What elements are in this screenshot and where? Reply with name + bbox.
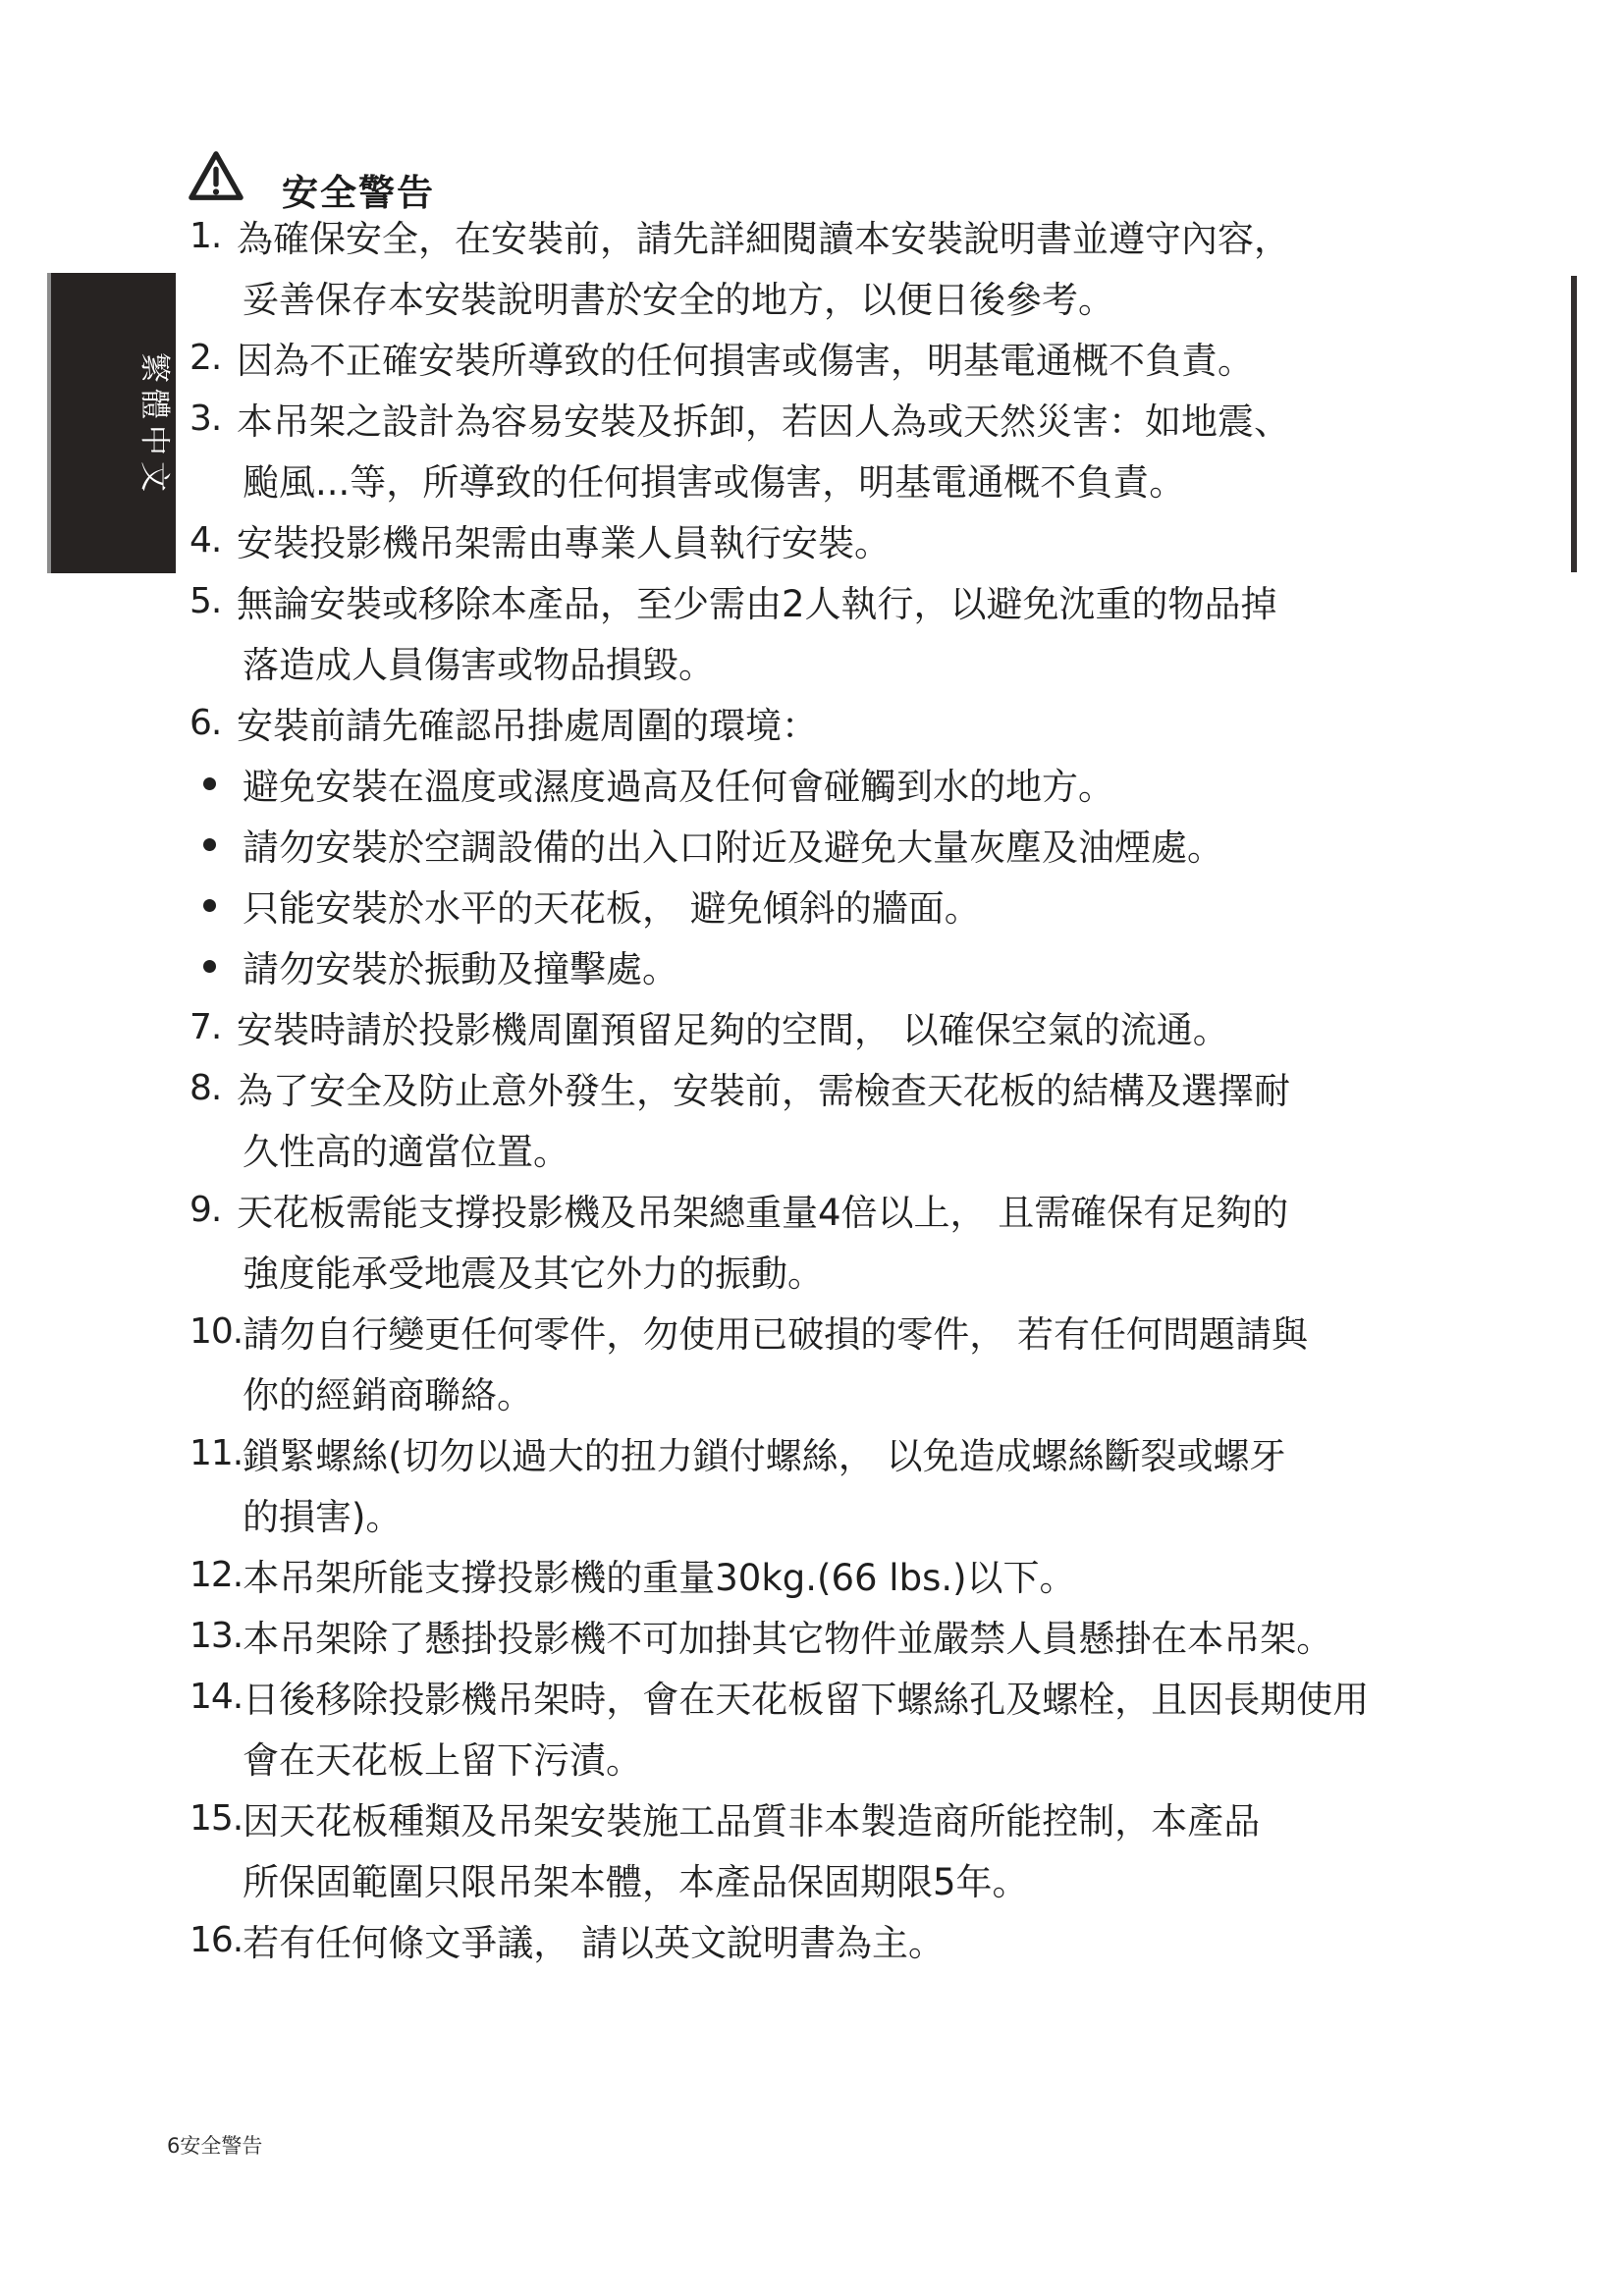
list-item-10: 10.請勿自行變更任何零件，勿使用已破損的零件， 若有任何問題請與 [189,1301,1584,1362]
footer-page-label: 6安全警告 [167,2130,262,2160]
item-text: 鎖緊螺絲(切勿以過大的扭力鎖付螺絲， 以免造成螺絲斷裂或螺牙 [243,1426,1285,1479]
item-text: 落造成人員傷害或物品損毀。 [243,635,715,688]
item-number: 15. [189,1798,243,1839]
list-item-3-cont: 颱風...等，所導致的任何損害或傷害，明基電通概不負責。 [189,449,1584,509]
item-number: 12. [189,1555,243,1595]
item-text: 日後移除投影機吊架時，會在天花板留下螺絲孔及螺栓，且因長期使用 [243,1670,1369,1723]
item-text: 妥善保存本安裝說明書於安全的地方，以便日後參考。 [243,270,1114,323]
list-item-4: 4.安裝投影機吊架需由專業人員執行安裝。 [189,509,1584,570]
item-number: 4. [189,520,237,561]
list-item-5-cont: 落造成人員傷害或物品損毀。 [189,631,1584,692]
item-number: 16. [189,1920,243,1960]
item-number: 9. [189,1190,237,1230]
list-item-8: 8.為了安全及防止意外發生，安裝前，需檢查天花板的結構及選擇耐 [189,1057,1584,1118]
list-item-11-cont: 的損害)。 [189,1483,1584,1544]
list-item-2: 2.因為不正確安裝所導致的任何損害或傷害，明基電通概不負責。 [189,327,1584,388]
item-text: 為了安全及防止意外發生，安裝前，需檢查天花板的結構及選擇耐 [237,1061,1290,1114]
item-text: 安裝前請先確認吊掛處周圍的環境： [237,696,818,749]
list-item-8-cont: 久性高的適當位置。 [189,1118,1584,1179]
item-text: 的損害)。 [243,1487,402,1540]
list-item-1: 1.為確保安全，在安裝前，請先詳細閱讀本安裝說明書並遵守內容， [189,205,1584,266]
item-number: 1. [189,216,237,256]
list-item-16: 16.若有任何條文爭議， 請以英文說明書為主。 [189,1909,1584,1970]
list-item-14-cont: 會在天花板上留下污漬。 [189,1727,1584,1788]
item-number: 7. [189,1007,237,1047]
bullet-item-2: 請勿安裝於空調設備的出入口附近及避免大量灰塵及油煙處。 [189,814,1584,875]
item-text: 本吊架之設計為容易安裝及拆卸，若因人為或天然災害：如地震、 [237,392,1290,445]
item-number: 5. [189,581,237,621]
item-text: 所保固範圍只限吊架本體，本產品保固期限5年。 [243,1852,1029,1905]
list-item-9-cont: 強度能承受地震及其它外力的振動。 [189,1240,1584,1301]
item-text: 無論安裝或移除本產品，至少需由2人執行，以避免沈重的物品掉 [237,574,1277,627]
bullet-item-4: 請勿安裝於振動及撞擊處。 [189,935,1584,996]
item-text: 因為不正確安裝所導致的任何損害或傷害，明基電通概不負責。 [237,331,1254,384]
list-item-10-cont: 你的經銷商聯絡。 [189,1362,1584,1422]
list-item-7: 7.安裝時請於投影機周圍預留足夠的空間， 以確保空氣的流通。 [189,996,1584,1057]
bullet-dot-icon [203,838,216,851]
item-text: 颱風...等，所導致的任何損害或傷害，明基電通概不負責。 [243,453,1185,506]
list-item-9: 9.天花板需能支撐投影機及吊架總重量4倍以上， 且需確保有足夠的 [189,1179,1584,1240]
item-text: 本吊架除了懸掛投影機不可加掛其它物件並嚴禁人員懸掛在本吊架。 [243,1609,1332,1662]
item-number: 11. [189,1433,243,1473]
bullet-item-3: 只能安裝於水平的天花板， 避免傾斜的牆面。 [189,875,1584,935]
list-item-6: 6.安裝前請先確認吊掛處周圍的環境： [189,692,1584,753]
bullet-dot-icon [203,899,216,912]
bullet-dot-icon [203,777,216,790]
bullet-text: 避免安裝在溫度或濕度過高及任何會碰觸到水的地方。 [243,757,1114,810]
list-item-1-cont: 妥善保存本安裝說明書於安全的地方，以便日後參考。 [189,266,1584,327]
item-text: 本吊架所能支撐投影機的重量30kg.(66 lbs.)以下。 [243,1548,1075,1601]
bullet-text: 請勿安裝於振動及撞擊處。 [243,939,678,992]
bullet-text: 請勿安裝於空調設備的出入口附近及避免大量灰塵及油煙處。 [243,818,1223,871]
item-number: 3. [189,399,237,439]
list-item-13: 13.本吊架除了懸掛投影機不可加掛其它物件並嚴禁人員懸掛在本吊架。 [189,1605,1584,1666]
item-text: 天花板需能支撐投影機及吊架總重量4倍以上， 且需確保有足夠的 [237,1183,1288,1236]
language-tab-label: 繁體中文 [135,342,173,508]
list-item-12: 12.本吊架所能支撐投影機的重量30kg.(66 lbs.)以下。 [189,1544,1584,1605]
list-item-11: 11.鎖緊螺絲(切勿以過大的扭力鎖付螺絲， 以免造成螺絲斷裂或螺牙 [189,1422,1584,1483]
item-text: 安裝投影機吊架需由專業人員執行安裝。 [237,513,891,566]
item-text: 請勿自行變更任何零件，勿使用已破損的零件， 若有任何問題請與 [243,1305,1308,1358]
item-number: 2. [189,338,237,378]
item-text: 強度能承受地震及其它外力的振動。 [243,1244,824,1297]
bullet-dot-icon [203,960,216,973]
manual-page: 繁體中文 安全警告 1.為確保安全，在安裝前，請先詳細閱讀本安裝說明書並遵守內容… [0,0,1624,2296]
list-item-5: 5.無論安裝或移除本產品，至少需由2人執行，以避免沈重的物品掉 [189,570,1584,631]
list-item-15: 15.因天花板種類及吊架安裝施工品質非本製造商所能控制，本產品 [189,1788,1584,1848]
item-number: 6. [189,703,237,743]
language-tab: 繁體中文 [47,273,176,573]
safety-warning-list: 1.為確保安全，在安裝前，請先詳細閱讀本安裝說明書並遵守內容， 妥善保存本安裝說… [189,205,1584,1970]
item-text: 會在天花板上留下污漬。 [243,1731,642,1784]
list-item-15-cont: 所保固範圍只限吊架本體，本產品保固期限5年。 [189,1848,1584,1909]
item-number: 13. [189,1616,243,1656]
item-text: 久性高的適當位置。 [243,1122,569,1175]
item-text: 為確保安全，在安裝前，請先詳細閱讀本安裝說明書並遵守內容， [237,209,1290,262]
item-text: 你的經銷商聯絡。 [243,1365,533,1418]
item-text: 因天花板種類及吊架安裝施工品質非本製造商所能控制，本產品 [243,1791,1260,1844]
item-number: 8. [189,1068,237,1108]
list-item-14: 14.日後移除投影機吊架時，會在天花板留下螺絲孔及螺栓，且因長期使用 [189,1666,1584,1727]
item-text: 若有任何條文爭議， 請以英文說明書為主。 [243,1913,945,1966]
item-number: 14. [189,1677,243,1717]
item-number: 10. [189,1311,243,1352]
bullet-item-1: 避免安裝在溫度或濕度過高及任何會碰觸到水的地方。 [189,753,1584,814]
bullet-text: 只能安裝於水平的天花板， 避免傾斜的牆面。 [243,879,981,932]
warning-triangle-icon [188,148,244,205]
list-item-3: 3.本吊架之設計為容易安裝及拆卸，若因人為或天然災害：如地震、 [189,388,1584,449]
item-text: 安裝時請於投影機周圍預留足夠的空間， 以確保空氣的流通。 [237,1000,1229,1053]
